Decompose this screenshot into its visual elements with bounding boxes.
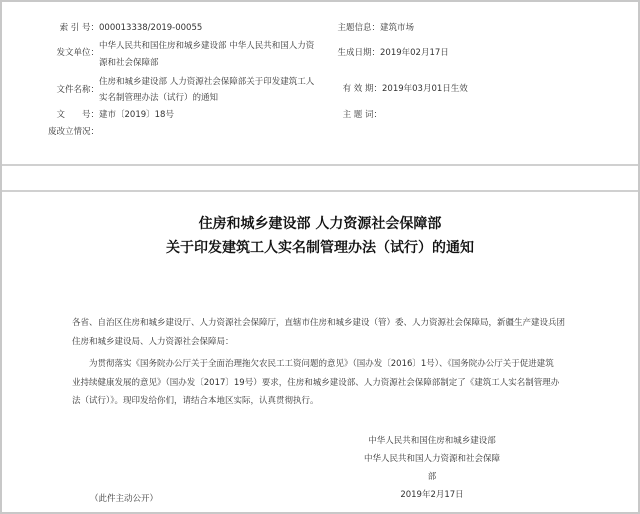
meta-topic: 主题信息：建筑市场 [318, 22, 414, 35]
meta-doc-number: 文 号：建市〔2019〕18号 [2, 109, 174, 122]
public-notice: （此件主动公开） [90, 492, 158, 504]
metadata-panel: 索 引 号：000013338/2019-00055 中华人民共和国住房和城乡建… [2, 2, 638, 166]
addressee: 各省、自治区住房和城乡建设厅、人力资源社会保障厅，直辖市住房和城乡建设（管）委、… [72, 314, 572, 351]
meta-revision-status: 废改立情况： [2, 126, 99, 139]
meta-issuer-line2: 源和社会保障部 [2, 57, 159, 70]
body-paragraph: 为贯彻落实《国务院办公厅关于全面治理拖欠农民工工资问题的意见》（国办发〔2016… [72, 355, 572, 411]
signature-block: 中华人民共和国住房和城乡建设部 中华人民共和国人力资源和社会保障部 2019年2… [362, 432, 502, 504]
document-title-line2: 关于印发建筑工人实名制管理办法（试行）的通知 [2, 237, 638, 257]
separator-band [2, 166, 638, 192]
meta-filename-line2: 实名制管理办法（试行）的通知 [2, 92, 218, 105]
document-frame: 索 引 号：000013338/2019-00055 中华人民共和国住房和城乡建… [0, 0, 640, 514]
document-title-line1: 住房和城乡建设部 人力资源社会保障部 [2, 213, 638, 233]
meta-validity: 有 效 期：2019年03月01日生效 [320, 83, 468, 96]
meta-index-number: 索 引 号：000013338/2019-00055 [2, 22, 202, 35]
meta-created-date: 生成日期：2019年02月17日 [318, 47, 449, 60]
meta-keywords: 主 题 词： [320, 109, 382, 122]
